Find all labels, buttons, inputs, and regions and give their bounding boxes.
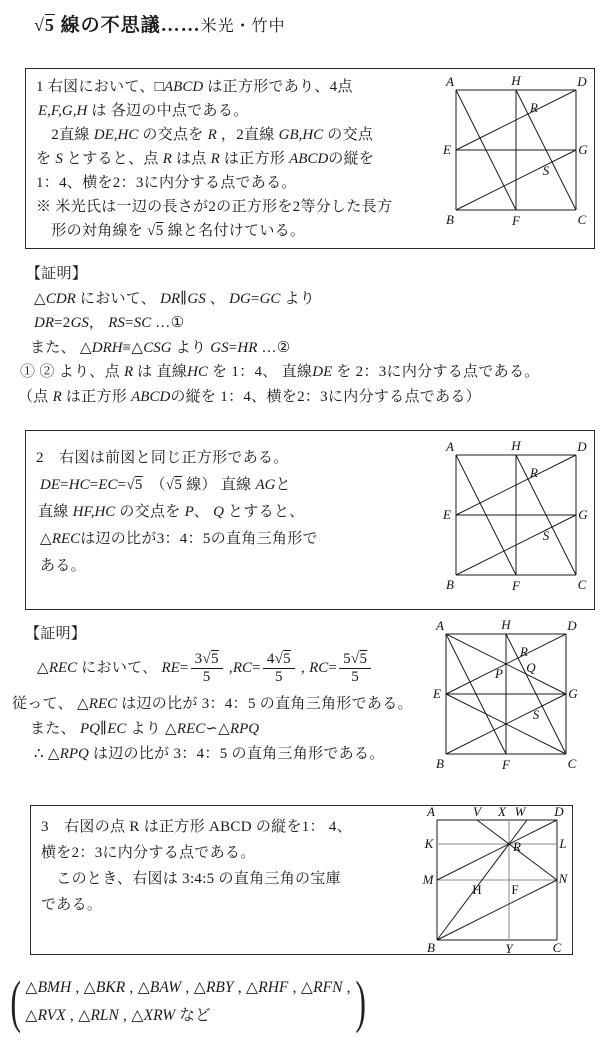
svg-text:G: G: [568, 686, 578, 701]
svg-text:A: A: [426, 806, 435, 819]
proof-1: 【証明】 △CDR において、 DR∥GS 、 DG=GC より DR=2GS，…: [16, 262, 608, 409]
svg-text:F: F: [511, 578, 521, 593]
svg-text:S: S: [543, 163, 550, 178]
svg-text:W: W: [515, 806, 527, 819]
svg-text:E: E: [442, 142, 451, 157]
geometry-figure: AVXWDKLMNBYCRHF: [417, 806, 569, 956]
svg-text:D: D: [553, 806, 564, 819]
page-title: √5 線の不思議……米光・竹中: [34, 10, 286, 37]
text-line: である。: [41, 892, 426, 918]
svg-text:D: D: [566, 618, 577, 633]
text-line: また、 PQ∥EC より △REC∽△RPQ: [12, 717, 427, 742]
text-line: 3 右図の点 R は正方形 ABCD の縦を1： 4、: [41, 814, 426, 840]
text-line: 1：4、横を2：3に内分する点である。: [36, 171, 444, 195]
text-line: △BMH , △BKR , △BAW , △RBY , △RHF , △RFN …: [25, 974, 350, 1002]
text-line: 形の対角線を √5 線と名付けている。: [36, 219, 444, 243]
text-line: ※ 米光氏は一辺の長さが2の正方形を2等分した長方: [36, 195, 444, 219]
svg-text:F: F: [511, 213, 521, 228]
diagram-square-2: AHDEGBFCRS: [436, 437, 588, 610]
problem-1-box: 1 右図において、□ABCD は正方形であり、4点 E,F,G,H は 各辺の中…: [25, 68, 595, 249]
triangle-list: ( △BMH , △BKR , △BAW , △RBY , △RHF , △RF…: [6, 973, 370, 1031]
svg-text:E: E: [442, 507, 451, 522]
geometry-figure: AHDEGBFCRS: [436, 437, 588, 605]
svg-text:G: G: [578, 142, 588, 157]
svg-text:C: C: [578, 212, 587, 227]
text-line: ∴ △RPQ は辺の比が 3：4：5 の直角三角形である。: [12, 742, 427, 767]
text-line: △CDR において、 DR∥GS 、 DG=GC より: [16, 287, 608, 312]
svg-text:B: B: [436, 756, 444, 771]
diagram-square-1: AHDEGBFCRS: [436, 72, 588, 245]
text-line: DR=2GS， RS=SC …①: [16, 311, 608, 336]
svg-text:B: B: [446, 212, 454, 227]
text-line: 従って、 △REC は辺の比が 3：4：5 の直角三角形である。: [12, 692, 427, 717]
text-line: △REC において、 RE=3√55 ,RC=4√55 , RC=5√55: [12, 651, 427, 687]
svg-text:C: C: [578, 577, 587, 592]
svg-text:R: R: [529, 100, 538, 115]
text-line: また、 △DRH≡△CSG より GS=HR …②: [16, 336, 608, 361]
svg-text:H: H: [510, 73, 521, 88]
close-paren: ): [355, 973, 366, 1031]
svg-text:H: H: [472, 882, 481, 897]
text-line: ある。: [36, 553, 436, 580]
geometry-figure: AHDEGBFCRPQS: [426, 616, 578, 784]
diagram-square-4: AVXWDKLMNBYCRHF: [417, 806, 569, 961]
geometry-figure: AHDEGBFCRS: [436, 72, 588, 240]
triangle-list-lines: △BMH , △BKR , △BAW , △RBY , △RHF , △RFN …: [25, 974, 350, 1030]
svg-text:M: M: [422, 872, 435, 887]
svg-text:H: H: [500, 617, 511, 632]
svg-text:A: A: [445, 74, 454, 89]
svg-text:V: V: [473, 806, 483, 819]
problem-2-box: 2 右図は前図と同じ正方形である。 DE=HC=EC=√5 （√5 線） 直線 …: [25, 430, 595, 610]
svg-text:K: K: [424, 836, 435, 851]
text-line: △RECは辺の比が3：4：5の直角三角形で: [36, 526, 436, 553]
svg-text:Y: Y: [505, 941, 514, 956]
text-line: を S とすると、点 R は点 R は正方形 ABCDの縦を: [36, 147, 444, 171]
diagram-square-3: AHDEGBFCRPQS: [426, 616, 578, 789]
problem-1-text: 1 右図において、□ABCD は正方形であり、4点 E,F,G,H は 各辺の中…: [26, 69, 444, 243]
text-line: 横を2：3に内分する点である。: [41, 840, 426, 866]
text-line: DE=HC=EC=√5 （√5 線） 直線 AGと: [36, 472, 436, 499]
text-line: 【証明】: [16, 262, 608, 287]
svg-text:E: E: [432, 686, 441, 701]
svg-text:N: N: [558, 871, 569, 886]
proof-2: 【証明】 △REC において、 RE=3√55 ,RC=4√55 , RC=5√…: [12, 622, 427, 767]
text-line: 【証明】: [12, 622, 427, 646]
problem-3-box: 3 右図の点 R は正方形 ABCD の縦を1： 4、 横を2：3に内分する点で…: [30, 805, 573, 955]
open-paren: (: [10, 973, 21, 1031]
text-line: （点 R は正方形 ABCDの縦を 1：4、横を2：3に内分する点である）: [16, 385, 608, 410]
svg-text:Q: Q: [526, 660, 536, 675]
svg-text:A: A: [445, 439, 454, 454]
svg-text:R: R: [512, 839, 521, 854]
problem-3-text: 3 右図の点 R は正方形 ABCD の縦を1： 4、 横を2：3に内分する点で…: [31, 806, 426, 918]
svg-text:B: B: [427, 940, 435, 955]
svg-text:D: D: [576, 439, 587, 454]
text-line: E,F,G,H は 各辺の中点である。: [36, 99, 444, 123]
sqrt-5-symbol: √5: [34, 15, 55, 35]
svg-text:B: B: [446, 577, 454, 592]
text-line: ① ② より、点 R は 直線HC を 1：4、 直線DE を 2：3に内分する…: [16, 360, 608, 385]
svg-text:R: R: [529, 465, 538, 480]
title-authors: 米光・竹中: [201, 18, 286, 35]
title-main: 線の不思議……: [55, 15, 201, 36]
svg-text:F: F: [501, 757, 511, 772]
svg-text:L: L: [558, 836, 566, 851]
svg-text:C: C: [553, 940, 562, 955]
svg-text:S: S: [543, 528, 550, 543]
svg-text:F: F: [511, 882, 518, 897]
svg-text:R: R: [519, 644, 528, 659]
svg-text:C: C: [568, 756, 577, 771]
text-line: △RVX , △RLN , △XRW など: [25, 1002, 350, 1030]
svg-text:A: A: [435, 618, 444, 633]
document-page: √5 線の不思議……米光・竹中 1 右図において、□ABCD は正方形であり、4…: [0, 0, 612, 1047]
text-line: このとき、右図は 3:4:5 の直角三角の宝庫: [41, 866, 426, 892]
text-line: 直線 HF,HC の交点を P、 Q とすると、: [36, 499, 436, 526]
svg-text:H: H: [510, 438, 521, 453]
problem-2-text: 2 右図は前図と同じ正方形である。 DE=HC=EC=√5 （√5 線） 直線 …: [26, 431, 436, 580]
text-line: 2直線 DE,HC の交点を R ，2直線 GB,HC の交点: [36, 123, 444, 147]
svg-text:X: X: [497, 806, 507, 819]
svg-text:D: D: [576, 74, 587, 89]
svg-text:S: S: [533, 707, 540, 722]
svg-text:P: P: [494, 666, 503, 681]
text-line: 2 右図は前図と同じ正方形である。: [36, 445, 436, 472]
text-line: 1 右図において、□ABCD は正方形であり、4点: [36, 75, 444, 99]
svg-text:G: G: [578, 507, 588, 522]
